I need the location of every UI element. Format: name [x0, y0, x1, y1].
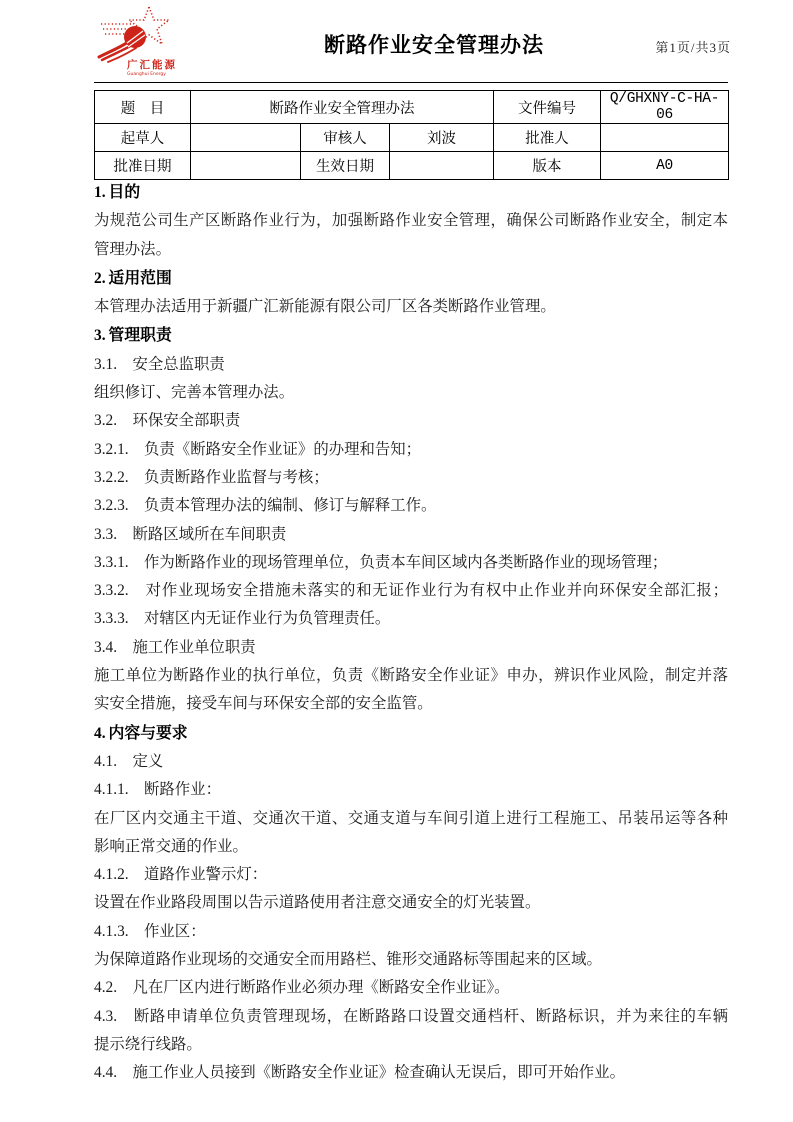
body-line: 3.2.1. 负责《断路安全作业证》的办理和告知；	[94, 436, 728, 464]
info-table: 题 目 断路作业安全管理办法 文件编号 Q/GHXNY-C-HA-06 起草人 …	[94, 90, 729, 180]
cell-drafter-label: 起草人	[95, 124, 191, 152]
logo-subtext: Guanghui Energy	[127, 72, 189, 77]
body-line: 4.1.2. 道路作业警示灯：	[94, 861, 728, 889]
cell-approval-date-label: 批准日期	[95, 152, 191, 180]
table-row: 批准日期 生效日期 版本 A0	[95, 152, 729, 180]
body-line: 影响正常交通的作业。	[94, 833, 728, 861]
document-title: 断路作业安全管理办法	[94, 29, 728, 59]
body-line: 设置在作业路段周围以告示道路使用者注意交通安全的灯光装置。	[94, 889, 728, 917]
heading-number: 3.	[94, 327, 106, 344]
cell-title-value: 断路作业安全管理办法	[191, 91, 494, 124]
body-line: 3.2.2. 负责断路作业监督与考核；	[94, 464, 728, 492]
body-line: 4.1.1. 断路作业：	[94, 776, 728, 804]
logo-text: 广汇能源	[127, 57, 189, 72]
body-line: 本管理办法适用于新疆广汇新能源有限公司厂区各类断路作业管理。	[94, 293, 728, 321]
body-line: 为保障道路作业现场的交通安全而用路栏、锥形交通路标等围起来的区域。	[94, 946, 728, 974]
cell-version-label: 版本	[494, 152, 601, 180]
page-indicator: 第1页/共3页	[655, 37, 731, 56]
cell-docno-value: Q/GHXNY-C-HA-06	[601, 91, 729, 124]
section-heading: 2.适用范围	[94, 264, 728, 293]
table-row: 题 目 断路作业安全管理办法 文件编号 Q/GHXNY-C-HA-06	[95, 91, 729, 124]
section-heading: 4.内容与要求	[94, 719, 728, 748]
body-line: 3.1. 安全总监职责	[94, 351, 728, 379]
section-heading: 3.管理职责	[94, 321, 728, 350]
cell-reviewer-label: 审核人	[301, 124, 390, 152]
cell-drafter-value	[191, 124, 301, 152]
body-line: 3.3.3. 对辖区内无证作业行为负管理责任。	[94, 605, 728, 633]
body-line: 4.3. 断路申请单位负责管理现场，在断路路口设置交通档杆、断路标识，并为来往的…	[94, 1003, 728, 1031]
cell-title-label: 题 目	[95, 91, 191, 124]
body-line: 4.1. 定义	[94, 748, 728, 776]
body-line: 在厂区内交通主干道、交通次干道、交通支道与车间引道上进行工程施工、吊装吊运等各种	[94, 805, 728, 833]
heading-number: 4.	[94, 725, 106, 742]
body-line: 3.2.3. 负责本管理办法的编制、修订与解释工作。	[94, 492, 728, 520]
body-line: 组织修订、完善本管理办法。	[94, 379, 728, 407]
document-page: 广汇能源 Guanghui Energy 断路作业安全管理办法 第1页/共3页 …	[0, 0, 793, 1122]
cell-reviewer-value: 刘波	[390, 124, 494, 152]
heading-number: 2.	[94, 270, 106, 287]
section-heading: 1.目的	[94, 178, 728, 207]
cell-approver-label: 批准人	[494, 124, 601, 152]
body-line: 为规范公司生产区断路作业行为，加强断路作业安全管理，确保公司断路作业安全，制定本	[94, 207, 728, 235]
cell-approver-value	[601, 124, 729, 152]
body-line: 4.1.3. 作业区：	[94, 918, 728, 946]
body-line: 施工单位为断路作业的执行单位，负责《断路安全作业证》申办，辨识作业风险，制定并落	[94, 662, 728, 690]
body-line: 实安全措施，接受车间与环保安全部的安全监管。	[94, 690, 728, 718]
body-line: 3.4. 施工作业单位职责	[94, 634, 728, 662]
body-line: 3.3.2. 对作业现场安全措施未落实的和无证作业行为有权中止作业并向环保安全部…	[94, 577, 728, 605]
body-line: 4.4. 施工作业人员接到《断路安全作业证》检查确认无误后，即可开始作业。	[94, 1059, 728, 1087]
heading-label: 管理职责	[109, 325, 172, 344]
heading-label: 目的	[109, 182, 141, 201]
document-body: 1.目的为规范公司生产区断路作业行为，加强断路作业安全管理，确保公司断路作业安全…	[94, 178, 728, 1088]
body-line: 3.3.1. 作为断路作业的现场管理单位，负责本车间区域内各类断路作业的现场管理…	[94, 549, 728, 577]
heading-label: 内容与要求	[109, 723, 188, 742]
table-row: 起草人 审核人 刘波 批准人	[95, 124, 729, 152]
body-line: 管理办法。	[94, 236, 728, 264]
cell-effective-date-value	[390, 152, 494, 180]
cell-docno-label: 文件编号	[494, 91, 601, 124]
body-line: 3.2. 环保安全部职责	[94, 407, 728, 435]
body-line: 提示绕行线路。	[94, 1031, 728, 1059]
cell-effective-date-label: 生效日期	[301, 152, 390, 180]
header-divider	[94, 82, 728, 83]
body-line: 4.2. 凡在厂区内进行断路作业必须办理《断路安全作业证》。	[94, 974, 728, 1002]
body-line: 3.3. 断路区域所在车间职责	[94, 521, 728, 549]
cell-approval-date-value	[191, 152, 301, 180]
heading-label: 适用范围	[109, 268, 172, 287]
heading-number: 1.	[94, 184, 106, 201]
cell-version-value: A0	[601, 152, 729, 180]
